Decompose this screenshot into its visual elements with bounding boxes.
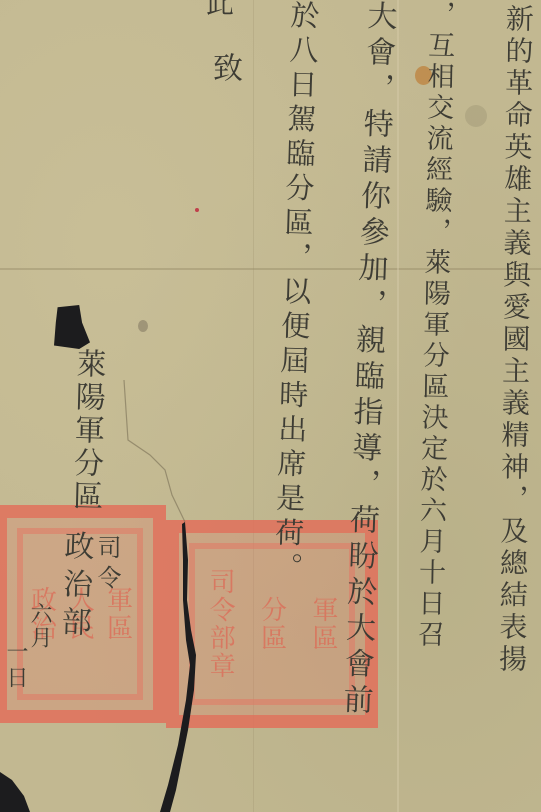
paper-crack bbox=[0, 0, 541, 812]
